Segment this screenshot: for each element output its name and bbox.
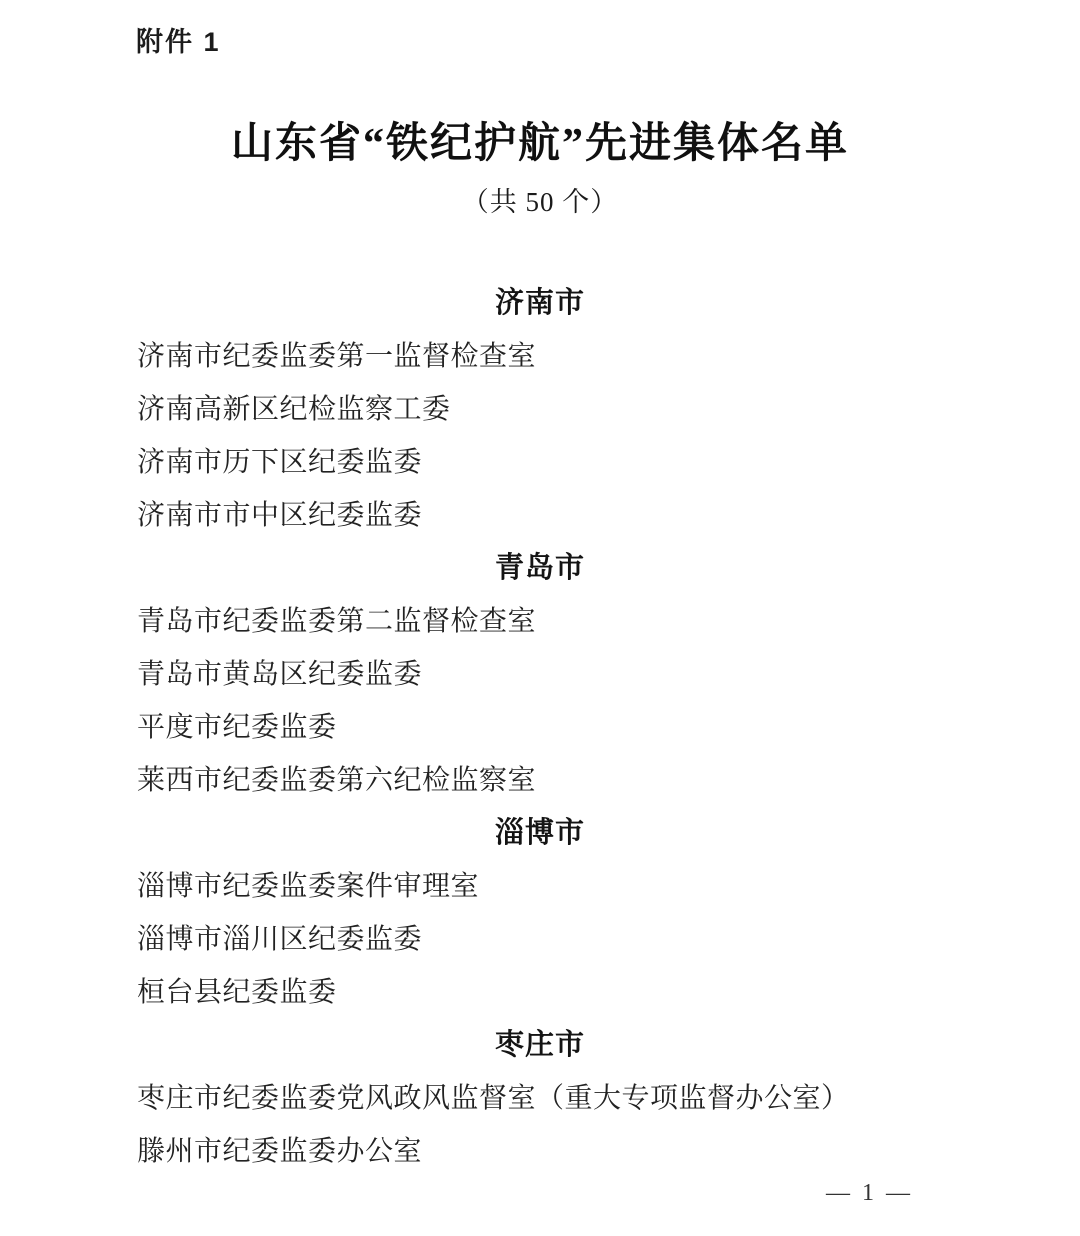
city-heading: 青岛市 (0, 539, 1080, 592)
list-item: 滕州市纪委监委办公室 (0, 1122, 1080, 1175)
list-item: 青岛市纪委监委第二监督检查室 (0, 592, 1080, 645)
attachment-label: 附件 1 (136, 20, 221, 59)
name-list: 济南市 济南市纪委监委第一监督检查室 济南高新区纪检监察工委 济南市历下区纪委监… (0, 274, 1080, 1175)
list-item: 淄博市淄川区纪委监委 (0, 910, 1080, 963)
city-heading: 济南市 (0, 274, 1080, 327)
list-item: 平度市纪委监委 (0, 698, 1080, 751)
list-item: 枣庄市纪委监委党风政风监督室（重大专项监督办公室） (0, 1069, 1080, 1122)
document-page: 附件 1 山东省“铁纪护航”先进集体名单 （共 50 个） 济南市 济南市纪委监… (0, 0, 1080, 1236)
list-item: 济南市纪委监委第一监督检查室 (0, 327, 1080, 380)
section-qingdao: 青岛市 青岛市纪委监委第二监督检查室 青岛市黄岛区纪委监委 平度市纪委监委 莱西… (0, 539, 1080, 804)
page-subtitle: （共 50 个） (0, 180, 1080, 219)
section-zibo: 淄博市 淄博市纪委监委案件审理室 淄博市淄川区纪委监委 桓台县纪委监委 (0, 804, 1080, 1016)
list-item: 济南市历下区纪委监委 (0, 433, 1080, 486)
list-item: 济南市市中区纪委监委 (0, 486, 1080, 539)
city-heading: 淄博市 (0, 804, 1080, 857)
page-number: — 1 — (826, 1180, 913, 1207)
city-heading: 枣庄市 (0, 1016, 1080, 1069)
list-item: 莱西市纪委监委第六纪检监察室 (0, 751, 1080, 804)
list-item: 淄博市纪委监委案件审理室 (0, 857, 1080, 910)
list-item: 桓台县纪委监委 (0, 963, 1080, 1016)
list-item: 济南高新区纪检监察工委 (0, 380, 1080, 433)
page-title: 山东省“铁纪护航”先进集体名单 (0, 110, 1080, 170)
section-jinan: 济南市 济南市纪委监委第一监督检查室 济南高新区纪检监察工委 济南市历下区纪委监… (0, 274, 1080, 539)
section-zaozhuang: 枣庄市 枣庄市纪委监委党风政风监督室（重大专项监督办公室） 滕州市纪委监委办公室 (0, 1016, 1080, 1175)
list-item: 青岛市黄岛区纪委监委 (0, 645, 1080, 698)
